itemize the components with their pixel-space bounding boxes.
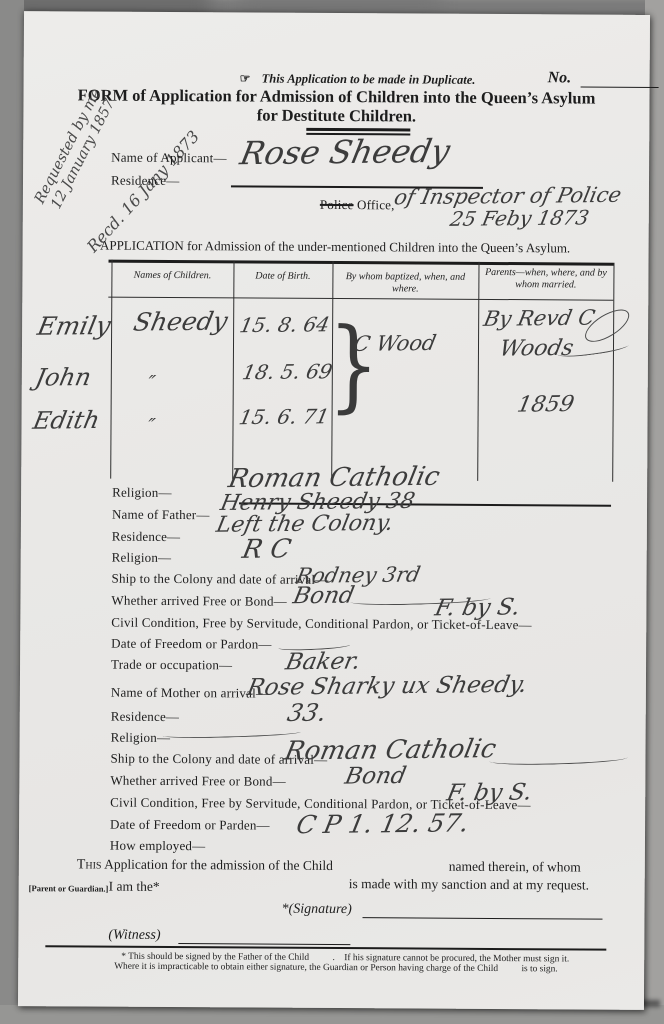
table-border-right [612,263,614,482]
scanned-document-page: { "colors": { "paper": "#e9e8e6", "backg… [0,0,664,1024]
footnote-line2: Where it is impracticable to obtain eith… [114,962,558,975]
pointing-hand-icon: ☞ [240,71,251,86]
declaration-line2-right: is made with my sanction and at my reque… [349,876,589,893]
father-trade-value: Baker. [283,649,362,676]
table-header-parents: Parents—when, where, and by whom married… [480,267,611,292]
parents-married-line1: By Revd C [482,306,597,331]
father-freedom-label: Date of Freedom or Pardon— [111,636,272,653]
child-1-last-name: Sheedy [131,307,230,337]
father-trade-label: Trade or occupation— [111,657,232,674]
parents-married-line2: Woods [497,336,575,362]
form-title-line2: for Destitute Children. [257,106,416,126]
office-date-value: 25 Feby 1873 [448,205,591,231]
police-office-label: Police Office, [320,197,395,213]
mother-employed-label: How employed— [110,838,205,855]
police-word-struck: Police [320,197,354,212]
office-word: Office, [354,197,395,212]
child-3-ditto-mark: ″ [145,415,157,437]
father-religion2-value: R C [240,534,294,564]
father-bond-value: Bond [291,583,357,610]
mother-civil-value: F. by S. [445,779,535,806]
applicant-name-label: Name of Applicant— [111,150,227,167]
applicant-residence-label: Residence— [111,173,180,189]
signature-label: *(Signature) [282,902,352,918]
father-name-label: Name of Father— [112,507,210,524]
applicant-name-value: Rose Sheedy [237,132,453,172]
table-border-col2 [232,260,234,479]
declaration-this-word: This [77,857,102,872]
father-religion-label: Religion— [112,485,172,501]
father-bond-label: Whether arrived Free or Bond— [111,593,287,610]
table-header-baptized: By whom baptized, when, and where. [334,271,476,296]
father-residence-label: Residence— [112,529,181,545]
witness-line [178,943,350,945]
footnote-divider [45,945,606,950]
father-residence-value: Left the Colony. [214,511,395,538]
mother-residence-value: 33. [285,699,329,727]
mother-employed-value: C P 1. 12. 57. [294,808,472,839]
father-religion2-label: Religion— [112,550,172,566]
form-title-line1: FORM of Application for Admission of Chi… [78,85,596,107]
mother-bond-label: Whether arrived Free or Bond— [110,773,286,790]
parents-married-year: 1859 [515,392,576,418]
duplicate-notice: This Application to be made in Duplicate… [262,72,476,88]
child-1-first-name: Emily [35,311,113,341]
mother-bond-value: Bond [343,763,409,790]
baptized-by-value: C Wood [351,331,438,356]
application-heading: APPLICATION for Admission of the under-m… [63,237,608,256]
child-1-dob: 15. 8. 64 [238,312,332,337]
child-2-ditto-mark: ″ [146,372,158,394]
i-am-the-label: I am the* [109,879,160,895]
child-3-first-name: Edith [31,406,103,435]
crossout-bar-1 [306,128,410,131]
form-title: FORM of Application for Admission of Chi… [51,85,621,126]
mother-ship-value: Roman Catholic [282,734,499,766]
table-top-rule [109,260,614,266]
table-border-left [110,260,112,479]
child-3-dob: 15. 6. 71 [237,404,331,429]
guardian-bracket-note: [Parent or Guardian.] [29,883,109,893]
table-header-names: Names of Children. [111,270,233,283]
table-header-dob: Date of Birth. [233,270,332,283]
mother-religion-label: Religion— [111,730,171,746]
declaration-line1-rest: Application for the admission of the Chi… [101,857,332,873]
mother-name-value: Rose Sharky ux Sheedy. [245,672,530,701]
child-2-dob: 18. 5. 69 [240,359,334,384]
table-border-col4 [477,262,479,481]
declaration-line1: This Application for the admission of th… [77,856,333,875]
flourish-after-roman-catholic [489,752,627,766]
declaration-line1-right: named therein, of whom [449,859,581,876]
witness-label: (Witness) [108,928,160,944]
child-2-first-name: John [33,363,94,392]
religion-dash-line [163,728,301,739]
baptism-brace: } [328,309,380,421]
table-header-rule [108,297,613,301]
mother-freedom-label: Date of Freedom or Parden— [110,817,270,834]
mother-residence-label: Residence— [111,709,180,725]
father-civil-value: F. by S. [433,594,523,621]
number-label: No. [548,69,572,87]
form-paper: ☞ This Application to be made in Duplica… [18,11,650,1010]
signature-line [363,917,603,919]
